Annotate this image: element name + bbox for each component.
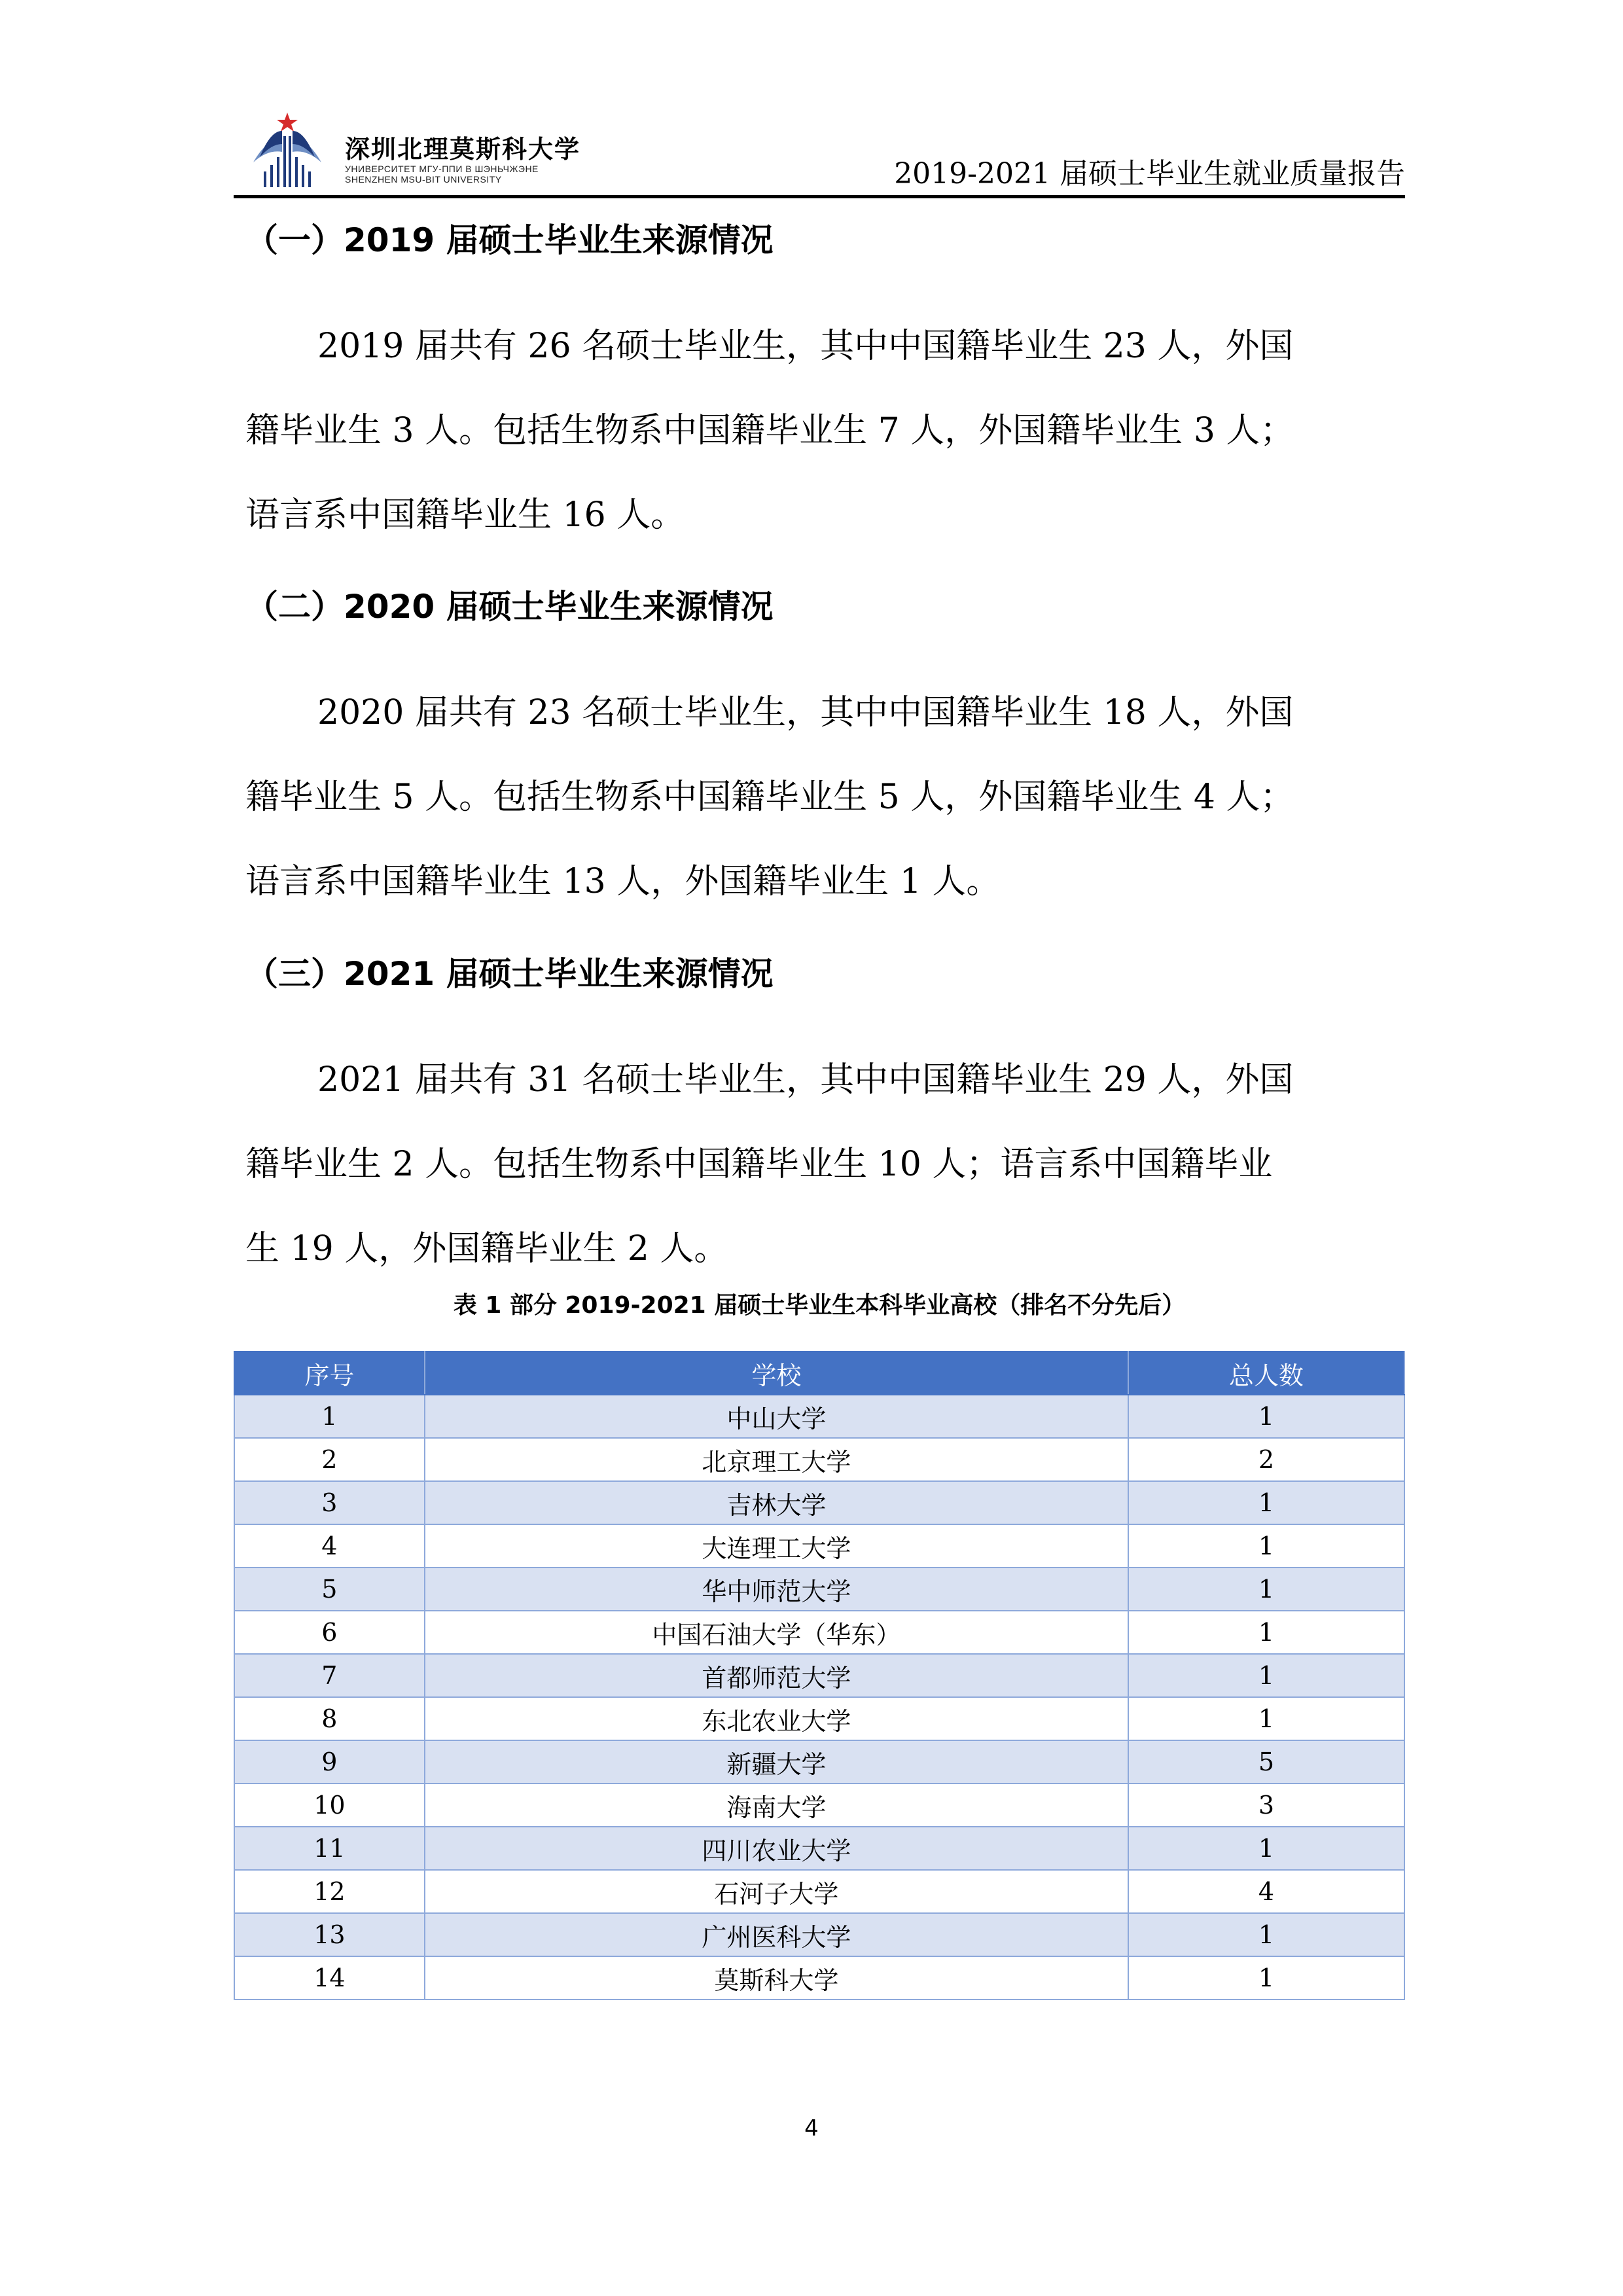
cell-index: 7 xyxy=(234,1654,425,1697)
table-row: 9新疆大学5 xyxy=(234,1740,1404,1784)
section-paragraph-2021: 2021 届共有 31 名硕士毕业生，其中中国籍毕业生 29 人，外国 籍毕业生… xyxy=(245,1038,1397,1291)
table-row: 8东北农业大学1 xyxy=(234,1697,1404,1740)
cell-index: 5 xyxy=(234,1568,425,1611)
table-row: 12石河子大学4 xyxy=(234,1870,1404,1913)
cell-school: 新疆大学 xyxy=(425,1740,1128,1784)
cell-school: 石河子大学 xyxy=(425,1870,1128,1913)
cell-index: 10 xyxy=(234,1784,425,1827)
cell-count: 2 xyxy=(1128,1438,1404,1481)
section-paragraph-2020: 2020 届共有 23 名硕士毕业生，其中中国籍毕业生 18 人，外国 籍毕业生… xyxy=(245,671,1397,924)
paragraph-line: 籍毕业生 2 人。包括生物系中国籍毕业生 10 人；语言系中国籍毕业 xyxy=(245,1122,1397,1207)
cell-index: 2 xyxy=(234,1438,425,1481)
table-row: 2北京理工大学2 xyxy=(234,1438,1404,1481)
header-divider xyxy=(234,195,1405,198)
cell-index: 8 xyxy=(234,1697,425,1740)
cell-school: 中国石油大学（华东） xyxy=(425,1611,1128,1654)
cell-school: 中山大学 xyxy=(425,1395,1128,1438)
cell-index: 13 xyxy=(234,1913,425,1956)
cell-count: 1 xyxy=(1128,1654,1404,1697)
table-row: 14莫斯科大学1 xyxy=(234,1956,1404,2000)
table-row: 1中山大学1 xyxy=(234,1395,1404,1438)
cell-count: 1 xyxy=(1128,1956,1404,2000)
cell-index: 14 xyxy=(234,1956,425,2000)
table-row: 3吉林大学1 xyxy=(234,1481,1404,1524)
cell-school: 大连理工大学 xyxy=(425,1524,1128,1568)
cell-count: 1 xyxy=(1128,1395,1404,1438)
paragraph-line: 2021 届共有 31 名硕士毕业生，其中中国籍毕业生 29 人，外国 xyxy=(245,1038,1397,1122)
cell-count: 1 xyxy=(1128,1827,1404,1870)
cell-count: 1 xyxy=(1128,1913,1404,1956)
table-header-row: 序号 学校 总人数 xyxy=(234,1352,1404,1395)
cell-index: 9 xyxy=(234,1740,425,1784)
cell-index: 4 xyxy=(234,1524,425,1568)
table-row: 10海南大学3 xyxy=(234,1784,1404,1827)
cell-index: 12 xyxy=(234,1870,425,1913)
cell-count: 1 xyxy=(1128,1697,1404,1740)
cell-count: 1 xyxy=(1128,1524,1404,1568)
table-caption: 表 1 部分 2019-2021 届硕士毕业生本科毕业高校（排名不分先后） xyxy=(234,1289,1405,1322)
university-logo-text: 深圳北理莫斯科大学 УНИВЕРСИТЕТ МГУ-ППИ В ШЭНЬЧЖЭН… xyxy=(345,135,580,185)
university-name-ru: УНИВЕРСИТЕТ МГУ-ППИ В ШЭНЬЧЖЭНЕ xyxy=(345,164,580,174)
cell-count: 1 xyxy=(1128,1481,1404,1524)
cell-school: 广州医科大学 xyxy=(425,1913,1128,1956)
cell-index: 11 xyxy=(234,1827,425,1870)
university-name-en: SHENZHEN MSU-BIT UNIVERSITY xyxy=(345,174,580,185)
cell-school: 莫斯科大学 xyxy=(425,1956,1128,2000)
cell-index: 1 xyxy=(234,1395,425,1438)
section-heading-2020: （二）2020 届硕士毕业生来源情况 xyxy=(245,586,774,627)
table-row: 7首都师范大学1 xyxy=(234,1654,1404,1697)
paragraph-line: 语言系中国籍毕业生 13 人，外国籍毕业生 1 人。 xyxy=(245,840,1397,924)
page-number: 4 xyxy=(0,2115,1623,2142)
cell-index: 6 xyxy=(234,1611,425,1654)
cell-count: 5 xyxy=(1128,1740,1404,1784)
cell-count: 1 xyxy=(1128,1568,1404,1611)
cell-school: 华中师范大学 xyxy=(425,1568,1128,1611)
cell-index: 3 xyxy=(234,1481,425,1524)
cell-school: 东北农业大学 xyxy=(425,1697,1128,1740)
cell-count: 3 xyxy=(1128,1784,1404,1827)
table-row: 11四川农业大学1 xyxy=(234,1827,1404,1870)
section-paragraph-2019: 2019 届共有 26 名硕士毕业生，其中中国籍毕业生 23 人，外国 籍毕业生… xyxy=(245,304,1397,558)
university-name-cn: 深圳北理莫斯科大学 xyxy=(345,135,580,164)
paragraph-line: 生 19 人，外国籍毕业生 2 人。 xyxy=(245,1207,1397,1291)
table-row: 6中国石油大学（华东）1 xyxy=(234,1611,1404,1654)
page-header: 深圳北理莫斯科大学 УНИВЕРСИТЕТ МГУ-ППИ В ШЭНЬЧЖЭН… xyxy=(234,111,1405,202)
paragraph-line: 2020 届共有 23 名硕士毕业生，其中中国籍毕业生 18 人，外国 xyxy=(245,671,1397,755)
section-heading-2021: （三）2021 届硕士毕业生来源情况 xyxy=(245,954,774,994)
paragraph-line: 语言系中国籍毕业生 16 人。 xyxy=(245,473,1397,558)
table-row: 5华中师范大学1 xyxy=(234,1568,1404,1611)
column-header-index: 序号 xyxy=(234,1352,425,1395)
column-header-school: 学校 xyxy=(425,1352,1128,1395)
university-emblem-icon xyxy=(248,111,327,190)
column-header-count: 总人数 xyxy=(1128,1352,1404,1395)
table-row: 4大连理工大学1 xyxy=(234,1524,1404,1568)
section-heading-2019: （一）2019 届硕士毕业生来源情况 xyxy=(245,220,774,260)
cell-count: 1 xyxy=(1128,1611,1404,1654)
cell-school: 吉林大学 xyxy=(425,1481,1128,1524)
paragraph-line: 2019 届共有 26 名硕士毕业生，其中中国籍毕业生 23 人，外国 xyxy=(245,304,1397,389)
undergraduate-schools-table: 序号 学校 总人数 1中山大学1 2北京理工大学2 3吉林大学1 4大连理工大学… xyxy=(234,1351,1405,2000)
cell-school: 海南大学 xyxy=(425,1784,1128,1827)
table-row: 13广州医科大学1 xyxy=(234,1913,1404,1956)
cell-school: 首都师范大学 xyxy=(425,1654,1128,1697)
report-title: 2019-2021 届硕士毕业生就业质量报告 xyxy=(894,156,1405,192)
cell-count: 4 xyxy=(1128,1870,1404,1913)
cell-school: 四川农业大学 xyxy=(425,1827,1128,1870)
paragraph-line: 籍毕业生 5 人。包括生物系中国籍毕业生 5 人，外国籍毕业生 4 人； xyxy=(245,755,1397,840)
paragraph-line: 籍毕业生 3 人。包括生物系中国籍毕业生 7 人，外国籍毕业生 3 人； xyxy=(245,389,1397,473)
cell-school: 北京理工大学 xyxy=(425,1438,1128,1481)
